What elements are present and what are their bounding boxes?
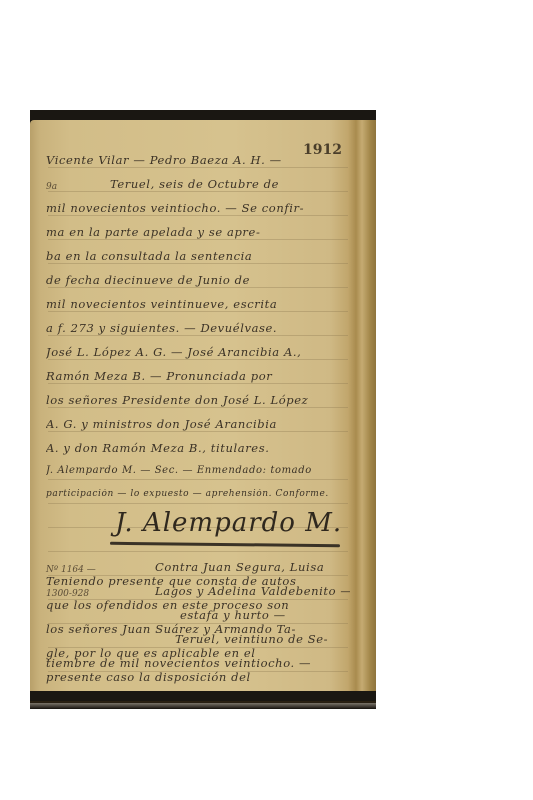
- entry1-line: Vicente Vilar — Pedro Baeza A. H. —: [46, 153, 352, 167]
- ruled-line: [48, 191, 348, 192]
- document-scan: 1912 9a Vicente Vilar — Pedro Baeza A. H…: [30, 110, 376, 703]
- signature: J. Alempardo M.: [115, 508, 342, 538]
- entry1-line: participación — lo expuesto — aprehensió…: [46, 489, 352, 499]
- ruled-line: [48, 503, 348, 504]
- entry1-line: José L. López A. G. — José Arancibia A.,: [46, 345, 352, 359]
- entry1-line: J. Alempardo M. — Sec. — Enmendado: toma…: [46, 465, 352, 476]
- entry1-line: mil novecientos veintiocho. — Se confir-: [46, 201, 352, 215]
- entry2-line: presente caso la disposición del: [46, 670, 352, 684]
- ruled-line: [48, 215, 348, 216]
- entry1-line: los señores Presidente don José L. López: [46, 393, 352, 407]
- entry2-line: gle, por lo que es aplicable en el: [46, 646, 352, 660]
- entry2-line: los señores Juan Suárez y Armando Ta-: [46, 622, 352, 636]
- entry1-line: A. y don Ramón Meza B., titulares.: [46, 441, 352, 455]
- entry1-line: mil novecientos veintinueve, escrita: [46, 297, 352, 311]
- entry2-header-line: Contra Juan Segura, Luisa: [155, 560, 350, 574]
- ruled-line: [48, 551, 348, 552]
- ruled-line: [48, 479, 348, 480]
- entry1-margin-note: 9a: [46, 182, 57, 192]
- page-bottom-edge: [30, 701, 376, 709]
- ruled-line: [48, 383, 348, 384]
- entry1-line: Teruel, seis de Octubre de: [110, 177, 350, 191]
- ruled-line: [48, 311, 348, 312]
- entry1-line: Ramón Meza B. — Pronunciada por: [46, 369, 352, 383]
- entry2-line: que los ofendidos en este proceso son: [46, 598, 352, 612]
- ruled-line: [48, 263, 348, 264]
- ruled-line: [48, 335, 348, 336]
- ruled-line: [48, 239, 348, 240]
- ruled-line: [48, 431, 348, 432]
- entry1-line: de fecha diecinueve de Junio de: [46, 273, 352, 287]
- entry1-line: ba en la consultada la sentencia: [46, 249, 352, 263]
- entry1-line: ma en la parte apelada y se apre-: [46, 225, 352, 239]
- ruled-line: [48, 359, 348, 360]
- entry2-line: Teniendo presente que consta de autos: [46, 574, 352, 588]
- ruled-line: [48, 167, 348, 168]
- ruled-line: [48, 287, 348, 288]
- entry1-line: A. G. y ministros don José Arancibia: [46, 417, 352, 431]
- signature-underline: [110, 542, 340, 547]
- entry1-line: a f. 273 y siguientes. — Devuélvase.: [46, 321, 352, 335]
- ruled-line: [48, 407, 348, 408]
